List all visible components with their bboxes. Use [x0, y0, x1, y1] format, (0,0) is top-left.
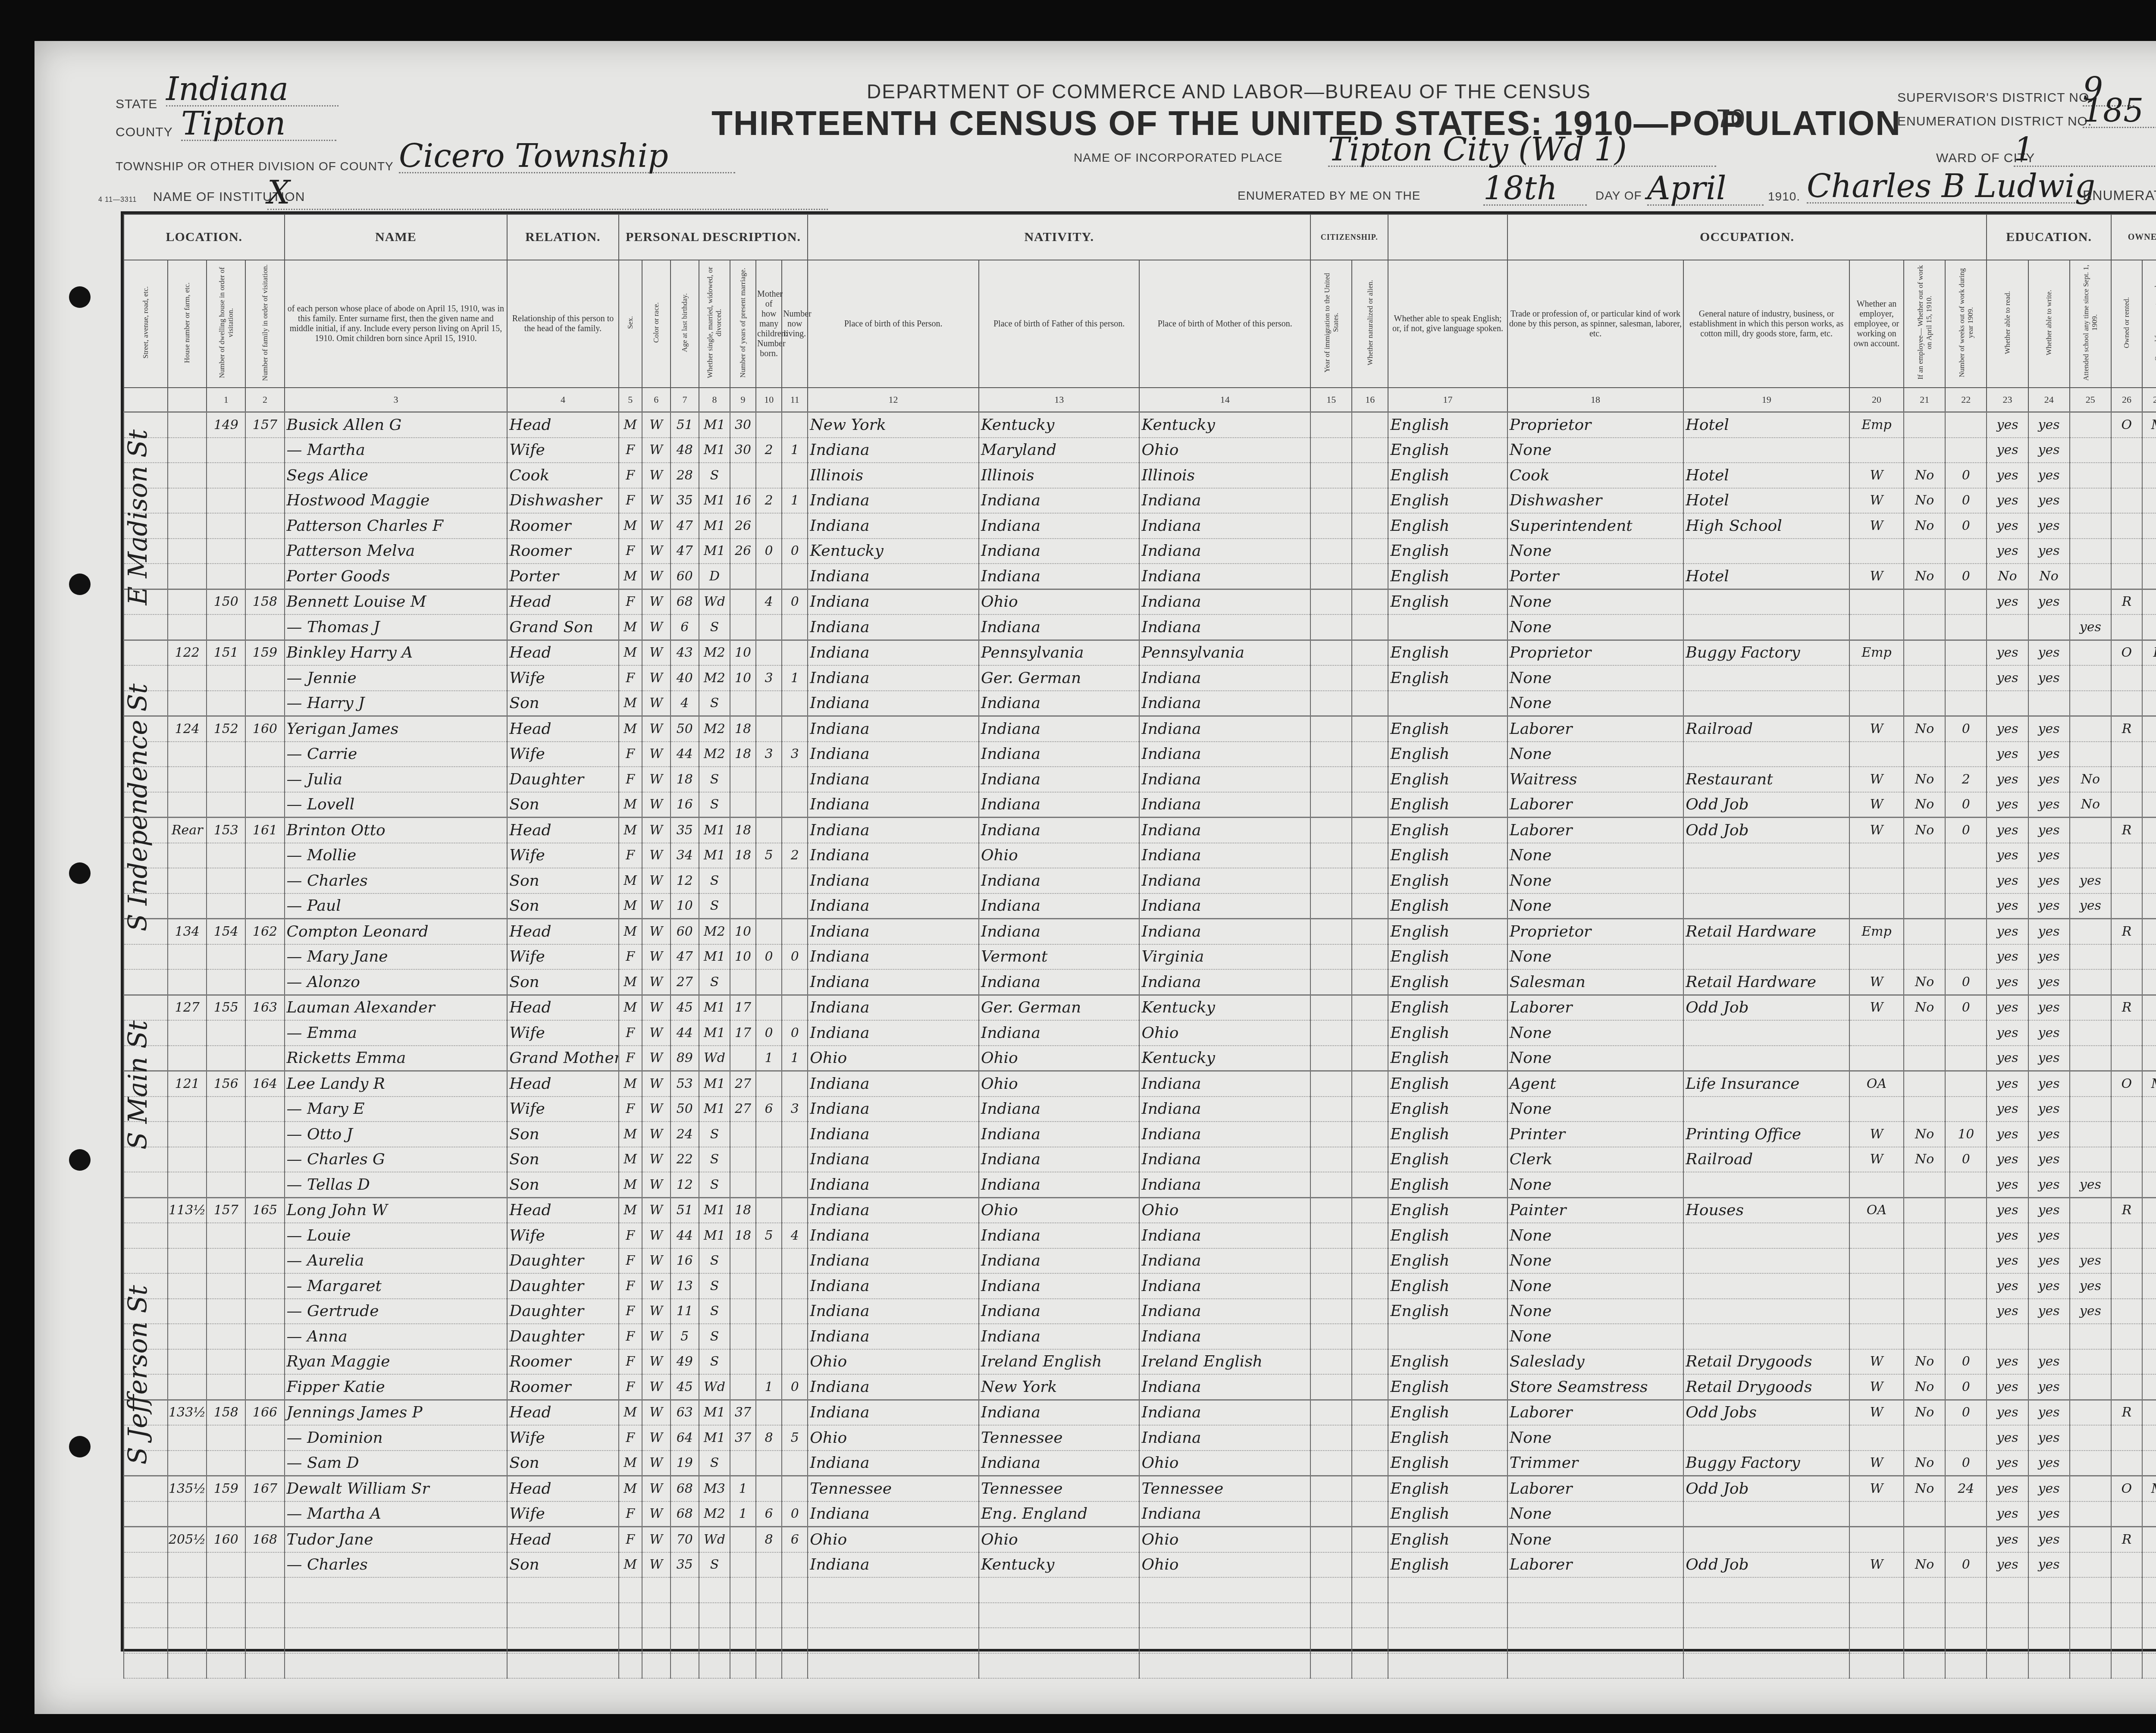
cell-natur [1352, 1349, 1388, 1375]
cell-owned [2111, 1628, 2142, 1653]
table-row: — Otto JSonMW24SIndianaIndianaIndianaEng… [124, 1122, 2156, 1147]
cell-relation: Head [507, 716, 618, 742]
cell-relation: Wife [507, 742, 618, 767]
cell-house [168, 969, 207, 995]
cell-mother_birth: Indiana [1139, 1299, 1310, 1324]
cell-family [245, 488, 284, 514]
cell-age: 68 [671, 1501, 699, 1527]
cell-living [782, 1603, 808, 1628]
cell-write [2028, 1324, 2070, 1349]
cell-birth: Indiana [808, 1248, 979, 1274]
cell-street [124, 1628, 168, 1653]
cell-mortgage [2142, 1324, 2156, 1349]
cell-natur [1352, 589, 1388, 614]
cell-house [168, 944, 207, 970]
cell-out_work [1904, 944, 1945, 970]
cell-immig [1310, 1527, 1352, 1552]
column-header-19: General nature of industry, business, or… [1683, 260, 1849, 388]
cell-living: 3 [782, 1097, 808, 1122]
cell-father_birth: Ohio [979, 1527, 1140, 1552]
cell-write: yes [2028, 1020, 2070, 1046]
cell-yrs_married: 1 [730, 1501, 756, 1527]
cell-occupation: None [1507, 1172, 1684, 1197]
cell-occupation: None [1507, 539, 1684, 564]
cell-house: Rear [168, 818, 207, 843]
cell-race: W [642, 995, 671, 1020]
cell-relation: Head [507, 1476, 618, 1501]
cell-born [756, 969, 782, 995]
cell-birth: Indiana [808, 969, 979, 995]
cell-read: yes [1987, 843, 2028, 868]
cell-industry [1683, 868, 1849, 893]
cell-school [2070, 1451, 2111, 1476]
cell-out_work: No [1904, 716, 1945, 742]
cell-sex: M [619, 1476, 642, 1501]
cell-birth: Indiana [808, 919, 979, 944]
cell-out_work: No [1904, 513, 1945, 539]
cell-born [756, 792, 782, 818]
column-header-text: Year of immigration to the United States… [1323, 262, 1340, 383]
column-header-text: Trade or profession of, or particular ki… [1509, 309, 1682, 338]
cell-father_birth: Ger. German [979, 665, 1140, 691]
cell-out_work [1904, 1653, 1945, 1679]
cell-age: 4 [671, 691, 699, 716]
cell-mother_birth: Indiana [1139, 716, 1310, 742]
cell-english [1388, 1324, 1507, 1349]
cell-write: yes [2028, 1501, 2070, 1527]
cell-class: Emp [1849, 919, 1904, 944]
cell-living [782, 1071, 808, 1097]
cell-family [245, 792, 284, 818]
cell-english [1388, 691, 1507, 716]
cell-name: — Charles [285, 868, 508, 893]
cell-english: English [1388, 1501, 1507, 1527]
cell-mother_birth: Indiana [1139, 767, 1310, 792]
cell-yrs_married [730, 1349, 756, 1375]
cell-sex: M [619, 614, 642, 640]
cell-relation [507, 1628, 618, 1653]
cell-sex: F [619, 1501, 642, 1527]
cell-industry: Odd Jobs [1683, 1400, 1849, 1425]
cell-owned [2111, 1273, 2142, 1299]
cell-owned [2111, 1653, 2142, 1679]
cell-weeks_out [1945, 944, 1987, 970]
cell-mortgage [2142, 564, 2156, 589]
cell-age: 51 [671, 1197, 699, 1223]
cell-natur [1352, 1653, 1388, 1679]
cell-natur [1352, 1223, 1388, 1248]
cell-occupation: Laborer [1507, 716, 1684, 742]
cell-house [168, 1603, 207, 1628]
cell-name: — Anna [285, 1324, 508, 1349]
cell-occupation: Superintendent [1507, 513, 1684, 539]
cell-age [671, 1577, 699, 1603]
cell-name: — Emma [285, 1020, 508, 1046]
cell-age: 44 [671, 742, 699, 767]
cell-house [168, 868, 207, 893]
cell-living [782, 767, 808, 792]
cell-sex: F [619, 438, 642, 463]
column-number: 13 [979, 388, 1140, 412]
cell-age: 40 [671, 665, 699, 691]
enumeration-district-value: 185 [2083, 95, 2156, 128]
cell-born [756, 513, 782, 539]
column-number: 23 [1987, 388, 2028, 412]
cell-out_work [1904, 919, 1945, 944]
cell-father_birth: Indiana [979, 614, 1140, 640]
cell-school [2070, 944, 2111, 970]
cell-mother_birth: Ohio [1139, 438, 1310, 463]
column-number: 17 [1388, 388, 1507, 412]
cell-house [168, 767, 207, 792]
cell-age: 47 [671, 513, 699, 539]
column-header-text: Whether single, married, widowed, or div… [706, 262, 723, 383]
cell-industry: Restaurant [1683, 767, 1849, 792]
cell-class: W [1849, 1374, 1904, 1400]
cell-mortgage [2142, 1020, 2156, 1046]
column-number: 24 [2028, 388, 2070, 412]
cell-occupation [1507, 1628, 1684, 1653]
cell-father_birth: Maryland [979, 438, 1140, 463]
cell-yrs_married [730, 1273, 756, 1299]
cell-race: W [642, 1273, 671, 1299]
cell-occupation: None [1507, 1097, 1684, 1122]
cell-write: yes [2028, 868, 2070, 893]
cell-class: W [1849, 818, 1904, 843]
cell-english: English [1388, 1147, 1507, 1172]
cell-race: W [642, 691, 671, 716]
cell-immig [1310, 1097, 1352, 1122]
cell-house [168, 1273, 207, 1299]
cell-name: Binkley Harry A [285, 640, 508, 665]
cell-birth: Indiana [808, 1324, 979, 1349]
table-row: 133½158166Jennings James PHeadMW63M137In… [124, 1400, 2156, 1425]
cell-mortgage [2142, 868, 2156, 893]
cell-birth [808, 1603, 979, 1628]
cell-weeks_out [1945, 868, 1987, 893]
cell-yrs_married: 17 [730, 995, 756, 1020]
cell-born [756, 818, 782, 843]
cell-english [1388, 1653, 1507, 1679]
cell-dwelling [207, 1097, 245, 1122]
cell-race: W [642, 1020, 671, 1046]
cell-age [671, 1653, 699, 1679]
cell-family [245, 1147, 284, 1172]
column-header-pre1: House number or farm, etc. [168, 260, 207, 388]
cell-owned [2111, 1147, 2142, 1172]
cell-industry: Odd Job [1683, 1476, 1849, 1501]
cell-birth: Tennessee [808, 1476, 979, 1501]
cell-yrs_married: 27 [730, 1071, 756, 1097]
cell-owned [2111, 1097, 2142, 1122]
column-header-text: Place of birth of Mother of this person. [1158, 319, 1292, 329]
cell-write [2028, 691, 2070, 716]
cell-school [2070, 1349, 2111, 1375]
street-name-label: S Main St [123, 984, 153, 1186]
cell-house [168, 589, 207, 614]
cell-occupation: Waitress [1507, 767, 1684, 792]
punch-hole [69, 862, 91, 884]
cell-father_birth: Indiana [979, 691, 1140, 716]
township-label: Township or other division of county [116, 160, 394, 173]
cell-birth: Indiana [808, 589, 979, 614]
cell-living: 1 [782, 665, 808, 691]
cell-age: 35 [671, 818, 699, 843]
cell-name: — Alonzo [285, 969, 508, 995]
table-row: — Tellas DSonMW12SIndianaIndianaIndianaE… [124, 1172, 2156, 1197]
cell-sex: M [619, 513, 642, 539]
cell-school [2070, 969, 2111, 995]
cell-race: W [642, 412, 671, 438]
cell-read: yes [1987, 1147, 2028, 1172]
cell-age: 47 [671, 539, 699, 564]
cell-yrs_married: 18 [730, 843, 756, 868]
cell-industry: Hotel [1683, 564, 1849, 589]
cell-dwelling [207, 513, 245, 539]
cell-weeks_out: 0 [1945, 1349, 1987, 1375]
cell-write: yes [2028, 665, 2070, 691]
cell-out_work [1904, 742, 1945, 767]
cell-age: 6 [671, 614, 699, 640]
cell-sex: M [619, 995, 642, 1020]
table-row: Segs AliceCookFW28SIllinoisIllinoisIllin… [124, 463, 2156, 488]
cell-born: 8 [756, 1527, 782, 1552]
cell-english: English [1388, 640, 1507, 665]
cell-industry: Railroad [1683, 1147, 1849, 1172]
cell-mother_birth: Indiana [1139, 742, 1310, 767]
cell-race: W [642, 1172, 671, 1197]
cell-dwelling: 158 [207, 1400, 245, 1425]
cell-english: English [1388, 1349, 1507, 1375]
cell-mortgage [2142, 969, 2156, 995]
cell-school [2070, 1223, 2111, 1248]
cell-family [245, 1628, 284, 1653]
cell-immig [1310, 1273, 1352, 1299]
cell-mother_birth: Indiana [1139, 1172, 1310, 1197]
cell-marital [699, 1628, 730, 1653]
column-header-3: of each person whose place of abode on A… [285, 260, 508, 388]
cell-natur [1352, 1374, 1388, 1400]
cell-write: yes [2028, 1071, 2070, 1097]
cell-mother_birth: Virginia [1139, 944, 1310, 970]
cell-house [168, 893, 207, 919]
cell-mortgage [2142, 1527, 2156, 1552]
state-label: State [116, 97, 157, 112]
cell-immig [1310, 665, 1352, 691]
cell-school [2070, 513, 2111, 539]
table-row: — Mary EWifeFW50M12763IndianaIndianaIndi… [124, 1097, 2156, 1122]
cell-owned: O [2111, 412, 2142, 438]
street-name-label: S Independence St [123, 631, 153, 984]
cell-relation: Head [507, 412, 618, 438]
cell-mother_birth: Ohio [1139, 1552, 1310, 1578]
cell-dwelling [207, 1324, 245, 1349]
cell-mother_birth: Indiana [1139, 1374, 1310, 1400]
cell-dwelling: 153 [207, 818, 245, 843]
group-citizenship: CITIZENSHIP. [1310, 214, 1388, 260]
cell-dwelling [207, 539, 245, 564]
cell-father_birth: Pennsylvania [979, 640, 1140, 665]
cell-dwelling [207, 1577, 245, 1603]
cell-english [1388, 1577, 1507, 1603]
cell-occupation [1507, 1577, 1684, 1603]
cell-father_birth: Indiana [979, 1273, 1140, 1299]
cell-weeks_out: 0 [1945, 818, 1987, 843]
cell-out_work [1904, 1223, 1945, 1248]
cell-read: yes [1987, 1197, 2028, 1223]
cell-occupation: None [1507, 438, 1684, 463]
cell-name: Lee Landy R [285, 1071, 508, 1097]
column-number: 12 [808, 388, 979, 412]
cell-occupation: Laborer [1507, 792, 1684, 818]
cell-natur [1352, 1400, 1388, 1425]
cell-marital: S [699, 691, 730, 716]
cell-father_birth: Indiana [979, 488, 1140, 514]
cell-race: W [642, 513, 671, 539]
cell-relation: Wife [507, 1425, 618, 1451]
cell-name: Lauman Alexander [285, 995, 508, 1020]
cell-occupation: Porter [1507, 564, 1684, 589]
column-header-22: Number of weeks out of work during year … [1945, 260, 1987, 388]
cell-natur [1352, 1577, 1388, 1603]
cell-owned [2111, 1223, 2142, 1248]
cell-house [168, 1248, 207, 1274]
cell-weeks_out [1945, 1577, 1987, 1603]
cell-class [1849, 1324, 1904, 1349]
cell-mother_birth: Indiana [1139, 665, 1310, 691]
cell-industry [1683, 1501, 1849, 1527]
cell-mortgage [2142, 893, 2156, 919]
cell-immig [1310, 792, 1352, 818]
cell-out_work [1904, 539, 1945, 564]
cell-sex: F [619, 1299, 642, 1324]
column-header-26: Owned or rented. [2111, 260, 2142, 388]
cell-living [782, 1349, 808, 1375]
cell-immig [1310, 1501, 1352, 1527]
cell-race: W [642, 1046, 671, 1071]
cell-class [1849, 944, 1904, 970]
group-education: EDUCATION. [1987, 214, 2111, 260]
cell-family [245, 1097, 284, 1122]
cell-owned [2111, 1501, 2142, 1527]
cell-write: yes [2028, 995, 2070, 1020]
cell-dwelling [207, 1628, 245, 1653]
cell-age: 16 [671, 792, 699, 818]
column-number: 25 [2070, 388, 2111, 412]
table-row: — Mary JaneWifeFW47M11000IndianaVermontV… [124, 944, 2156, 970]
cell-sex: M [619, 818, 642, 843]
ward-value: 1 [2014, 134, 2156, 167]
cell-sex: F [619, 463, 642, 488]
cell-living [782, 919, 808, 944]
cell-living [782, 1147, 808, 1172]
state-value: Indiana [166, 73, 338, 107]
cell-class [1849, 868, 1904, 893]
cell-born: 5 [756, 1223, 782, 1248]
cell-born [756, 995, 782, 1020]
cell-father_birth: Indiana [979, 1400, 1140, 1425]
cell-mortgage [2142, 767, 2156, 792]
cell-relation: Son [507, 1122, 618, 1147]
group-name: NAME [285, 214, 508, 260]
cell-mortgage [2142, 1223, 2156, 1248]
cell-race: W [642, 1400, 671, 1425]
cell-read: yes [1987, 1097, 2028, 1122]
cell-natur [1352, 868, 1388, 893]
cell-name: Busick Allen G [285, 412, 508, 438]
cell-english: English [1388, 716, 1507, 742]
cell-yrs_married [730, 868, 756, 893]
cell-yrs_married [730, 1122, 756, 1147]
cell-natur [1352, 614, 1388, 640]
cell-house [168, 463, 207, 488]
cell-living [782, 691, 808, 716]
cell-english: English [1388, 1020, 1507, 1046]
cell-immig [1310, 767, 1352, 792]
cell-school [2070, 640, 2111, 665]
cell-relation: Son [507, 1552, 618, 1578]
cell-industry [1683, 1299, 1849, 1324]
cell-owned: R [2111, 716, 2142, 742]
cell-marital: S [699, 1248, 730, 1274]
cell-english: English [1388, 995, 1507, 1020]
cell-family [245, 1172, 284, 1197]
cell-weeks_out [1945, 1071, 1987, 1097]
cell-natur [1352, 944, 1388, 970]
cell-english: English [1388, 1374, 1507, 1400]
cell-relation: Roomer [507, 539, 618, 564]
cell-mortgage: M [2142, 1476, 2156, 1501]
cell-birth: Ohio [808, 1425, 979, 1451]
cell-living [782, 1248, 808, 1274]
cell-natur [1352, 767, 1388, 792]
column-header-24: Whether able to write. [2028, 260, 2070, 388]
cell-name: Patterson Charles F [285, 513, 508, 539]
cell-read [1987, 1603, 2028, 1628]
column-header-16: Whether naturalized or alien. [1352, 260, 1388, 388]
cell-natur [1352, 843, 1388, 868]
cell-father_birth [979, 1577, 1140, 1603]
cell-name: — Harry J [285, 691, 508, 716]
cell-age [671, 1603, 699, 1628]
cell-born: 6 [756, 1097, 782, 1122]
cell-born: 0 [756, 539, 782, 564]
cell-house [168, 1147, 207, 1172]
cell-marital: S [699, 868, 730, 893]
cell-birth: Indiana [808, 1299, 979, 1324]
cell-house [168, 539, 207, 564]
cell-living: 1 [782, 1046, 808, 1071]
cell-race: W [642, 843, 671, 868]
cell-class [1849, 1501, 1904, 1527]
cell-birth [808, 1653, 979, 1679]
column-header-text: Age at last birthday. [680, 293, 689, 352]
cell-family [245, 463, 284, 488]
cell-relation: Son [507, 969, 618, 995]
cell-yrs_married [730, 1628, 756, 1653]
cell-street [124, 1577, 168, 1603]
cell-english: English [1388, 843, 1507, 868]
cell-weeks_out: 0 [1945, 1147, 1987, 1172]
cell-yrs_married [730, 1653, 756, 1679]
cell-relation: Head [507, 640, 618, 665]
cell-owned [2111, 691, 2142, 716]
cell-sex: M [619, 564, 642, 589]
cell-immig [1310, 818, 1352, 843]
cell-english: English [1388, 564, 1507, 589]
cell-house [168, 1299, 207, 1324]
cell-family [245, 868, 284, 893]
